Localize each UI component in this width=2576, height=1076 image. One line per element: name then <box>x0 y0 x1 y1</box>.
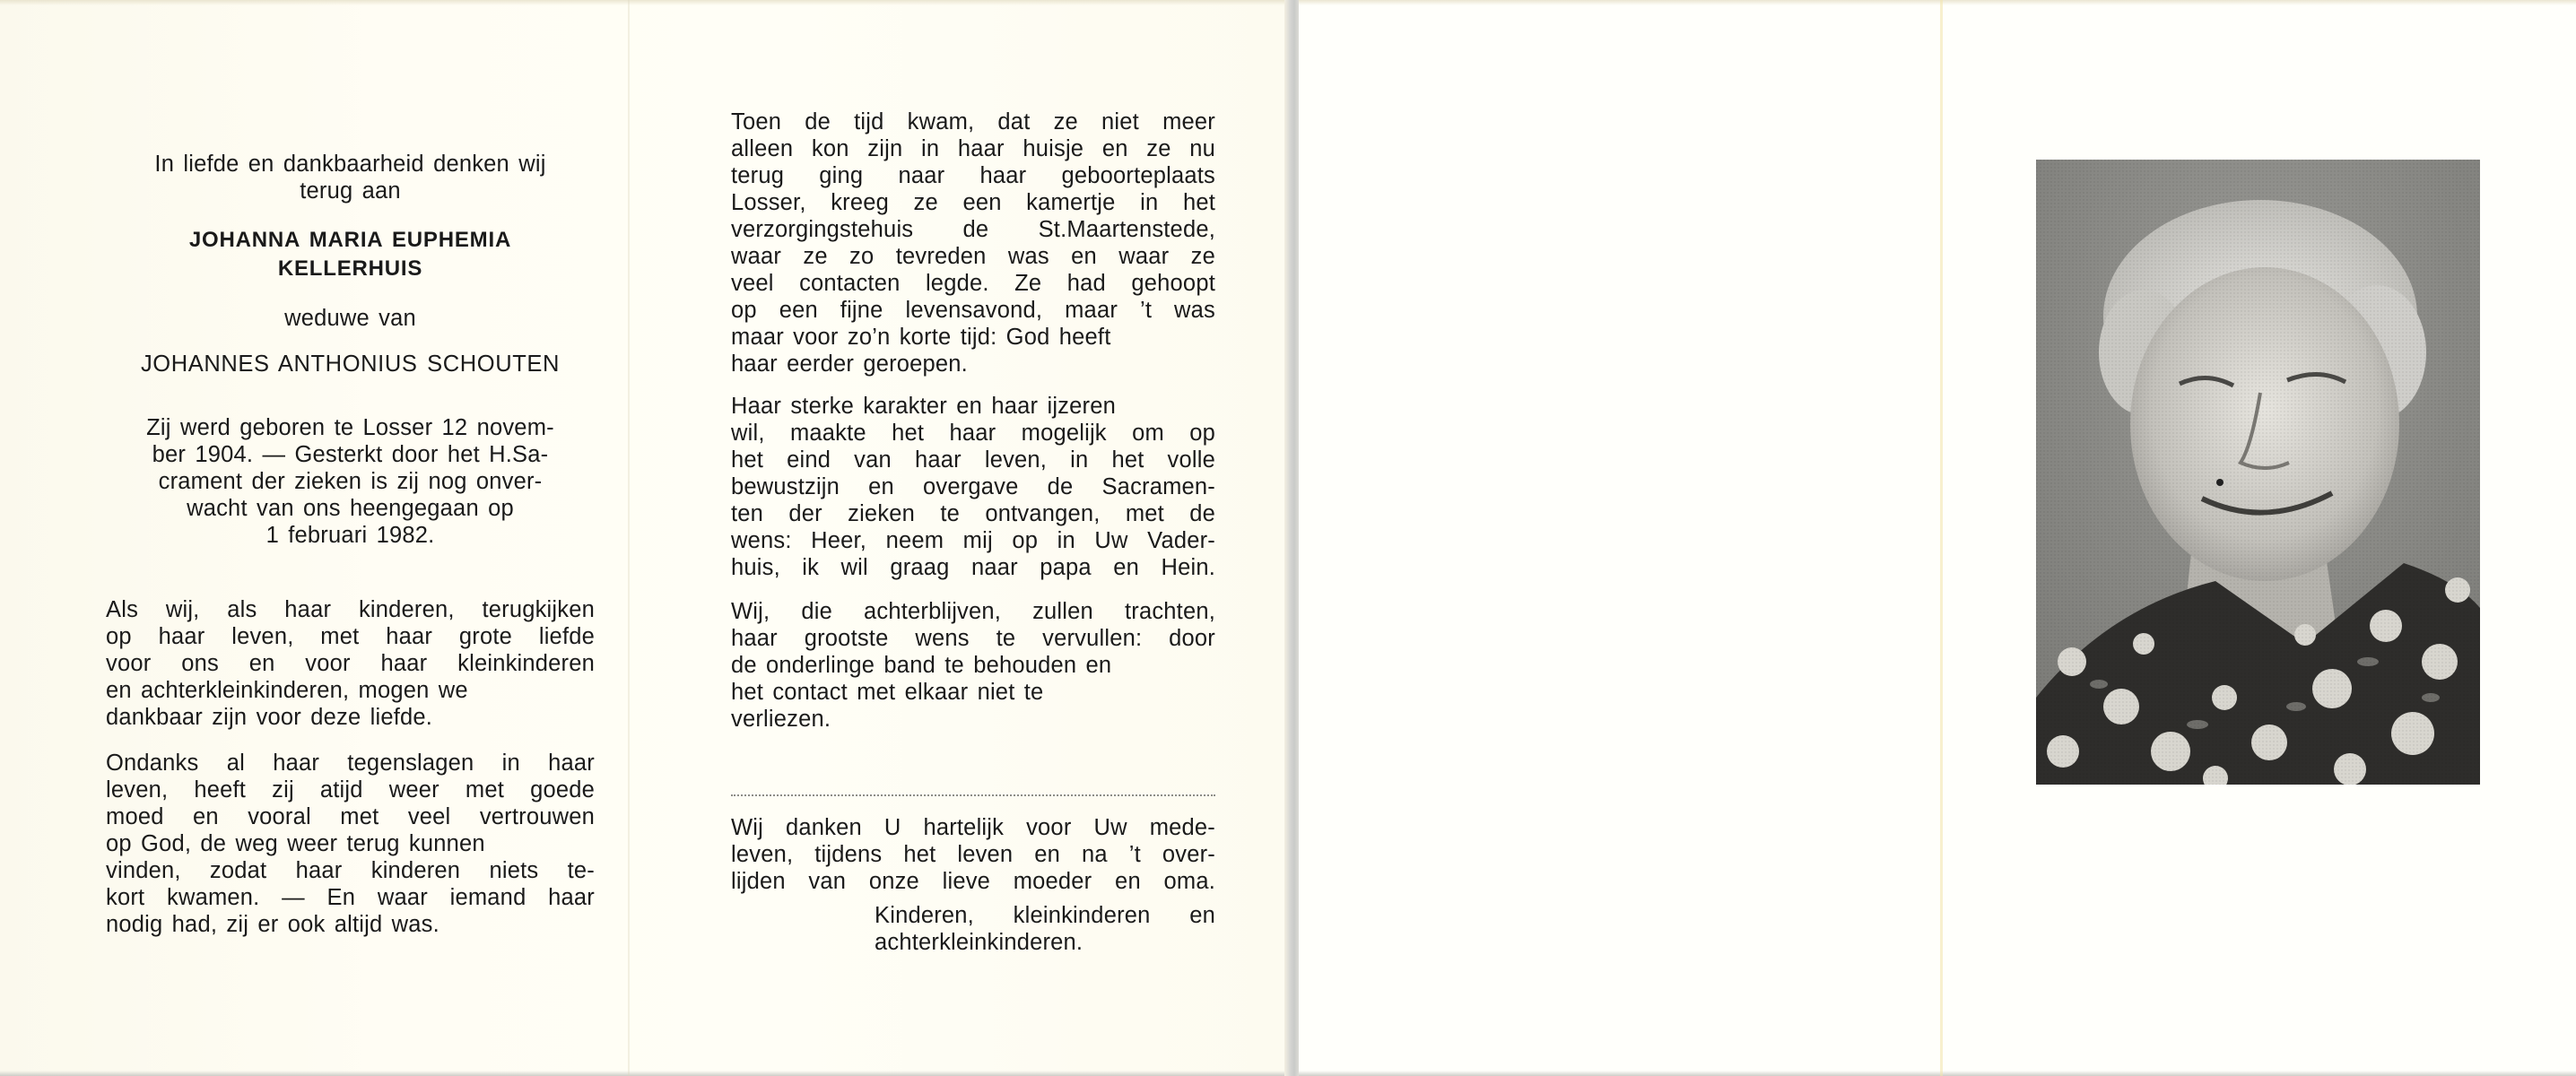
paper-bottom-edge <box>1299 1071 2576 1076</box>
right-spread <box>1299 0 2576 1076</box>
dedication: In liefde en dankbaarheid denken wij ter… <box>106 151 595 204</box>
left-spread: In liefde en dankbaarheid denken wij ter… <box>0 0 1292 1076</box>
paragraph-later-years: Toen de tijd kwam, dat ze niet meer alle… <box>731 108 1215 377</box>
center-fold <box>628 0 630 1076</box>
deceased-surname: KELLERHUIS <box>106 255 595 283</box>
thanks-note: Wij danken U hartelijk voor Uw mede- lev… <box>731 814 1215 895</box>
inside-right-panel: Toen de tijd kwam, dat ze niet meer alle… <box>731 0 1215 1076</box>
dedication-line: terug aan <box>106 178 595 204</box>
dotted-separator <box>731 794 1215 796</box>
portrait-image-icon <box>2036 160 2480 785</box>
life-dates-paragraph: Zij werd geboren te Losser 12 novem- ber… <box>106 414 595 549</box>
paragraph-hardships: Ondanks al haar tegenslagen in haar leve… <box>106 750 595 938</box>
inside-left-panel: In liefde en dankbaarheid denken wij ter… <box>106 0 595 1076</box>
paper-top-edge <box>1299 0 2576 5</box>
deceased-given-names: JOHANNA MARIA EUPHEMIA <box>106 226 595 255</box>
center-fold <box>1940 0 1943 1076</box>
deceased-name: JOHANNA MARIA EUPHEMIA KELLERHUIS <box>106 226 595 283</box>
portrait-photo <box>2036 160 2480 785</box>
family-signature: Kinderen, kleinkinderen en achterkleinki… <box>875 902 1215 956</box>
spouse-name: JOHANNES ANTHONIUS SCHOUTEN <box>106 351 595 377</box>
paragraph-legacy: Wij, die achterblijven, zullen trachten,… <box>731 598 1215 733</box>
paragraph-strength: Haar sterke karakter en haar ijzeren wil… <box>731 393 1215 581</box>
relation-text: weduwe van <box>106 305 595 332</box>
dedication-line: In liefde en dankbaarheid denken wij <box>106 151 595 178</box>
paragraph-gratitude: Als wij, als haar kinderen, terugkijken … <box>106 596 595 731</box>
